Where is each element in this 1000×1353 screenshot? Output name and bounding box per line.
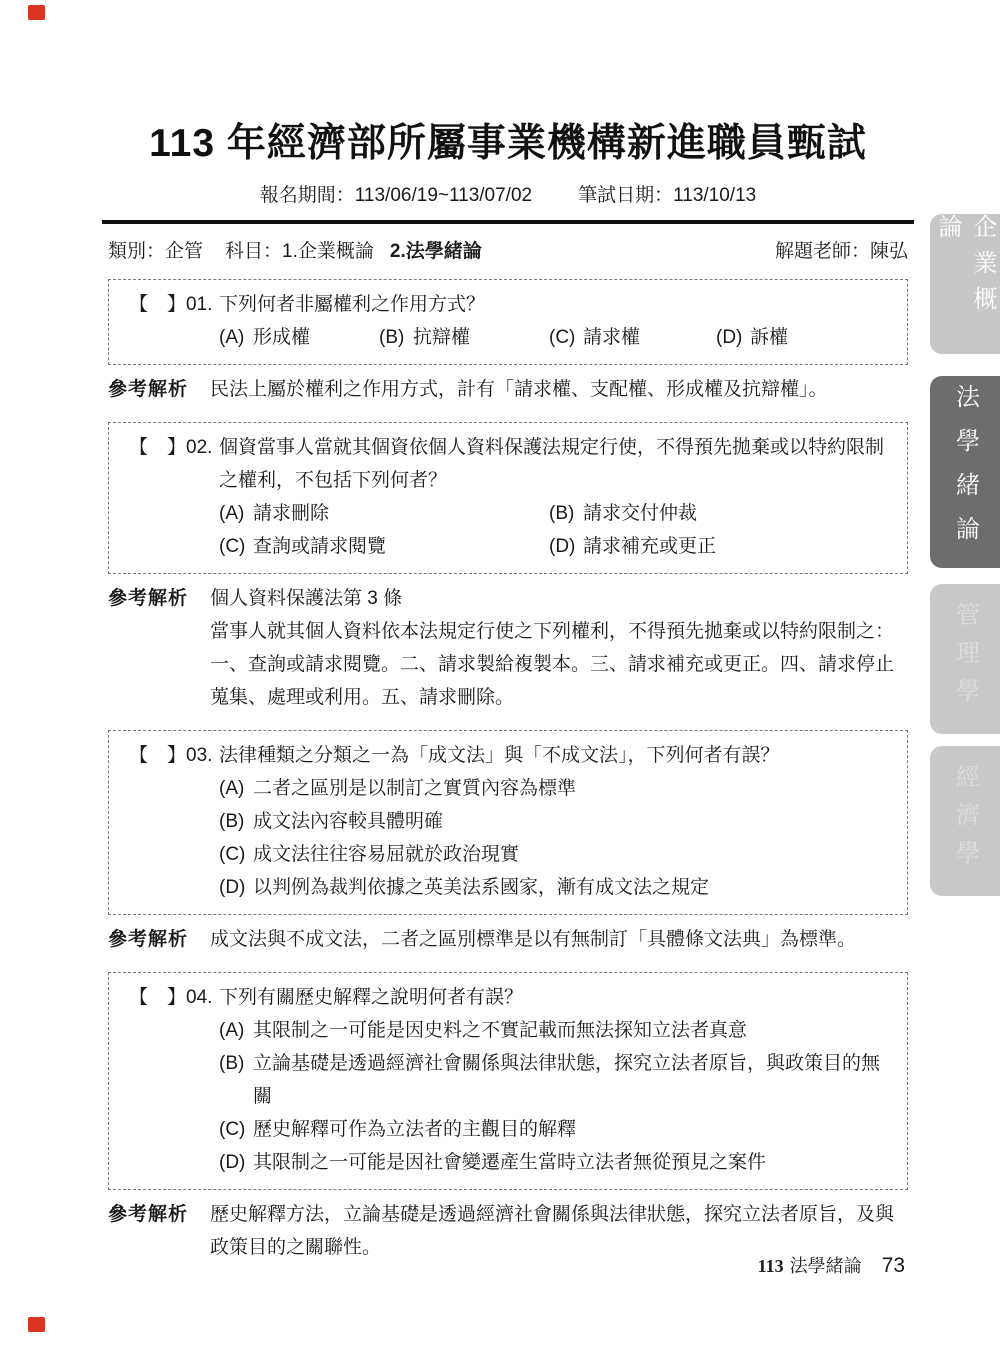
- side-tab-management-label: 管理學: [948, 602, 983, 716]
- analysis-text-03: 成文法與不成文法，二者之區別標準是以有無制訂「具體條文法典」為標準。: [210, 923, 908, 956]
- option-02-A: (A)請求刪除: [219, 497, 549, 530]
- analysis-label-04: 參考解析: [108, 1198, 210, 1264]
- side-tab-business-overview: 企業概論: [930, 214, 1000, 354]
- answer-bracket-01: 【 】01.: [129, 288, 219, 321]
- side-tab-business-overview-label: 企業概論: [930, 214, 1000, 354]
- analysis-02: 參考解析 個人資料保護法第 3 條 當事人就其個人資料依本法規定行使之下列權利，…: [108, 582, 908, 714]
- options-row-01: (A)形成權 (B)抗辯權 (C)請求權 (D)訴權: [219, 321, 895, 354]
- option-03-A: (A)二者之區別是以制訂之實質內容為標準: [219, 772, 895, 805]
- question-box-03: 【 】03. 法律種類之分類之一為「成文法」與「不成文法」，下列何者有誤？ (A…: [108, 730, 908, 915]
- option-02-B: (B)請求交付仲裁: [549, 497, 895, 530]
- analysis-label-03: 參考解析: [108, 923, 210, 956]
- side-tab-intro-to-law-label: 法學緒論: [948, 384, 983, 560]
- answer-bracket-04: 【 】04.: [129, 981, 219, 1014]
- subject-label: 科目：1.企業概論: [225, 236, 374, 263]
- subject-current-label: 2.法學緒論: [390, 236, 482, 263]
- analysis-label-02: 參考解析: [108, 582, 210, 714]
- page-title: 113 年經濟部所屬事業機構新進職員甄試: [108, 112, 908, 168]
- option-02-D: (D)請求補充或更正: [549, 530, 895, 563]
- teacher-label: 解題老師：陳弘: [775, 236, 908, 263]
- option-01-C: (C)請求權: [549, 321, 716, 354]
- written-exam-date: 筆試日期：113/10/13: [578, 180, 756, 207]
- registration-period: 報名期間：113/06/19~113/07/02: [260, 180, 532, 207]
- question-text-03: 法律種類之分類之一為「成文法」與「不成文法」，下列何者有誤？: [219, 739, 895, 772]
- option-04-A: (A)其限制之一可能是因史料之不實記載而無法探知立法者真意: [219, 1014, 895, 1047]
- analysis-label-01: 參考解析: [108, 373, 210, 406]
- answer-bracket-02: 【 】02.: [129, 431, 219, 497]
- option-04-B: (B)立論基礎是透過經濟社會關係與法律狀態，探究立法者原旨，與政策目的無關: [219, 1047, 895, 1113]
- option-03-C: (C)成文法往往容易屈就於政治現實: [219, 838, 895, 871]
- footer-subject: 法學緒論: [790, 1252, 862, 1278]
- option-01-B: (B)抗辯權: [379, 321, 549, 354]
- option-04-D: (D)其限制之一可能是因社會變遷產生當時立法者無從預見之案件: [219, 1146, 895, 1179]
- option-03-D: (D)以判例為裁判依據之英美法系國家，漸有成文法之規定: [219, 871, 895, 904]
- option-04-C: (C)歷史解釋可作為立法者的主觀目的解釋: [219, 1113, 895, 1146]
- question-text-04: 下列有關歷史解釋之說明何者有誤？: [219, 981, 895, 1014]
- option-01-A: (A)形成權: [219, 321, 379, 354]
- question-text-01: 下列何者非屬權利之作用方式？: [219, 288, 895, 321]
- option-02-C: (C)查詢或請求閱覽: [219, 530, 549, 563]
- side-tab-economics: 經濟學: [930, 746, 1000, 896]
- footer-page-number: 73: [882, 1254, 905, 1278]
- side-tab-management: 管理學: [930, 584, 1000, 734]
- footer-year: 113: [758, 1256, 784, 1277]
- analysis-03: 參考解析 成文法與不成文法，二者之區別標準是以有無制訂「具體條文法典」為標準。: [108, 923, 908, 956]
- options-grid-02: (A)請求刪除 (B)請求交付仲裁 (C)查詢或請求閱覽 (D)請求補充或更正: [219, 497, 895, 563]
- answer-bracket-03: 【 】03.: [129, 739, 219, 772]
- print-registration-mark-bottom: [28, 1317, 45, 1332]
- option-03-B: (B)成文法內容較具體明確: [219, 805, 895, 838]
- option-01-D: (D)訴權: [716, 321, 895, 354]
- category-label: 類別：企管: [108, 236, 203, 263]
- analysis-02-line2: 當事人就其個人資料依本法規定行使之下列權利，不得預先拋棄或以特約限制之：一、查詢…: [210, 615, 908, 714]
- question-text-02: 個資當事人當就其個資依個人資料保護法規定行使，不得預先拋棄或以特約限制之權利，不…: [219, 431, 895, 497]
- side-tab-economics-label: 經濟學: [948, 764, 983, 878]
- exam-dates-line: 報名期間：113/06/19~113/07/02 筆試日期：113/10/13: [108, 180, 908, 207]
- analysis-text-01: 民法上屬於權利之作用方式，計有「請求權、支配權、形成權及抗辯權」。: [210, 373, 908, 406]
- analysis-01: 參考解析 民法上屬於權利之作用方式，計有「請求權、支配權、形成權及抗辯權」。: [108, 373, 908, 406]
- question-box-01: 【 】01. 下列何者非屬權利之作用方式？ (A)形成權 (B)抗辯權 (C)請…: [108, 279, 908, 365]
- print-registration-mark-top: [28, 5, 45, 20]
- side-tab-intro-to-law-active: 法學緒論: [930, 376, 1000, 568]
- meta-row: 類別：企管 科目：1.企業概論 2.法學緒論 解題老師：陳弘: [108, 236, 908, 263]
- analysis-02-line1: 個人資料保護法第 3 條: [210, 582, 908, 615]
- page-footer: 113 法學緒論 73: [758, 1252, 905, 1278]
- question-box-04: 【 】04. 下列有關歷史解釋之說明何者有誤？ (A)其限制之一可能是因史料之不…: [108, 972, 908, 1190]
- header-divider: [102, 220, 914, 224]
- analysis-text-02: 個人資料保護法第 3 條 當事人就其個人資料依本法規定行使之下列權利，不得預先拋…: [210, 582, 908, 714]
- question-box-02: 【 】02. 個資當事人當就其個資依個人資料保護法規定行使，不得預先拋棄或以特約…: [108, 422, 908, 574]
- page-content: 113 年經濟部所屬事業機構新進職員甄試 報名期間：113/06/19~113/…: [108, 0, 908, 1264]
